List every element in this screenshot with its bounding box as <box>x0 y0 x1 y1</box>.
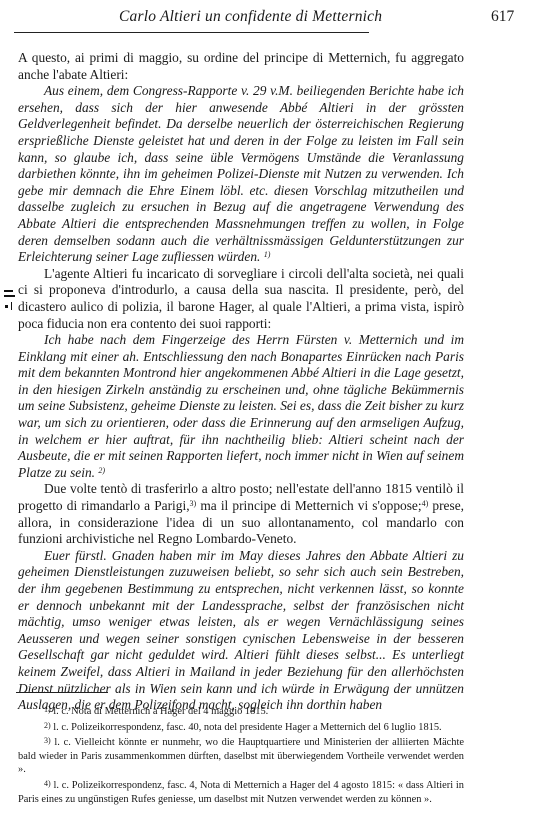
quote-block-2: Ich habe nach dem Fingerzeige des Herrn … <box>18 332 464 481</box>
quote-text: Euer fürstl. Gnaden haben mir im May die… <box>18 548 464 712</box>
paragraph-text: A questo, ai primi di maggio, su ordine … <box>18 50 464 82</box>
paragraph-text: L'agente Altieri fu incaricato di sorveg… <box>18 266 464 331</box>
quote-block-3: Euer fürstl. Gnaden haben mir im May die… <box>18 548 464 714</box>
footnote-text: l. c. Nota di Metternich a Hager del 4 m… <box>53 706 268 717</box>
paragraph-agent: L'agente Altieri fu incaricato di sorveg… <box>18 266 464 332</box>
footnote-text: l. c. Vielleicht könnte er nunmehr, wo d… <box>18 737 464 775</box>
main-text: A questo, ai primi di maggio, su ordine … <box>18 50 464 714</box>
quote-block-1: Aus einem, dem Congress-Rapporte v. 29 v… <box>18 83 464 266</box>
quote-text: Aus einem, dem Congress-Rapporte v. 29 v… <box>18 83 464 264</box>
paragraph-intro: A questo, ai primi di maggio, su ordine … <box>18 50 464 83</box>
footnote-ref-1[interactable]: 1) <box>264 250 271 259</box>
paragraph-text: ma il principe di Metternich vi s'oppose… <box>196 498 421 513</box>
footnote-3: 3) l. c. Vielleicht könnte er nunmehr, w… <box>18 734 464 777</box>
margin-mark-bar <box>4 290 13 292</box>
footnote-4: 4) l. c. Polizeikorrespondenz, fasc. 4, … <box>18 777 464 806</box>
footnote-number: 2) <box>44 721 51 730</box>
footnote-text: l. c. Polizeikorrespondenz, fasc. 4, Not… <box>18 780 464 805</box>
page-header: Carlo Altieri un confidente di Metternic… <box>14 4 534 28</box>
page-number: 617 <box>491 8 514 26</box>
header-rule <box>14 32 369 33</box>
footnote-number: 1) <box>44 705 51 714</box>
margin-mark-tick <box>11 302 12 310</box>
footnote-1: 1) l. c. Nota di Metternich a Hager del … <box>18 703 464 719</box>
margin-mark-bar <box>4 295 15 297</box>
footnote-number: 3) <box>44 736 51 745</box>
footnotes: 1) l. c. Nota di Metternich a Hager del … <box>18 703 464 806</box>
footnote-2: 2) l. c. Polizeikorrespondenz, fasc. 40,… <box>18 719 464 735</box>
margin-marks <box>2 285 16 315</box>
running-title: Carlo Altieri un confidente di Metternic… <box>119 8 382 26</box>
margin-mark-dot <box>5 305 8 308</box>
quote-text: Ich habe nach dem Fingerzeige des Herrn … <box>18 332 464 480</box>
footnote-ref-2[interactable]: 2) <box>98 466 105 475</box>
footnote-number: 4) <box>44 779 51 788</box>
paragraph-transfer: Due volte tentò di trasferirlo a altro p… <box>18 481 464 547</box>
footnote-rule <box>16 692 108 693</box>
footnote-text: l. c. Polizeikorrespondenz, fasc. 40, no… <box>53 722 441 733</box>
